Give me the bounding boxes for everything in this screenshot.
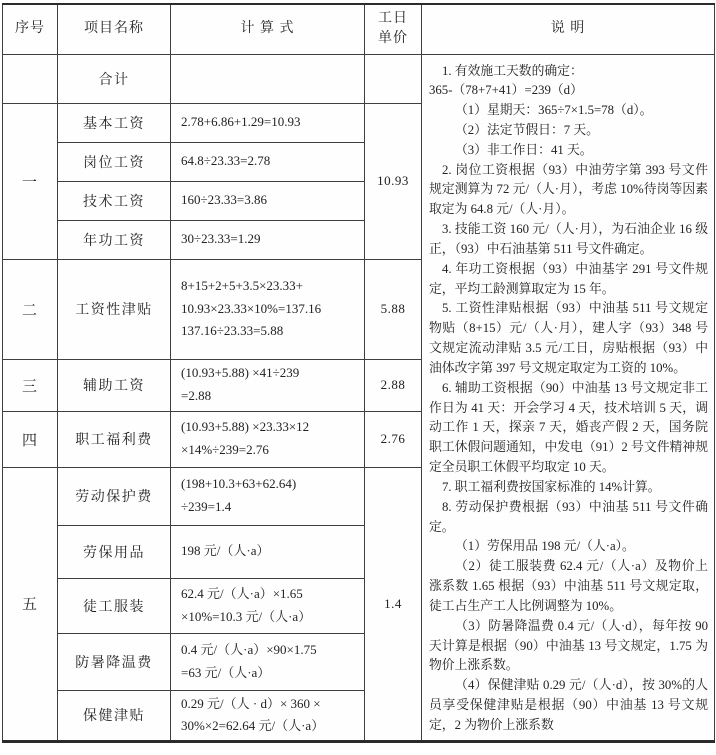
formula-cell-total [171, 54, 365, 103]
item-cell: 岗位工资 [58, 142, 171, 181]
item-cell: 劳保用品 [58, 525, 171, 578]
header-formula: 计 算 式 [171, 4, 365, 54]
unit-price-cell-4: 2.76 [365, 411, 422, 467]
formula-cell: (10.93+5.88) ×23.33×12 ×14%÷239=2.76 [171, 411, 365, 467]
item-cell: 工资性津贴 [58, 259, 171, 359]
item-cell: 职工福利费 [58, 411, 171, 467]
note-paragraph: 3. 技能工资 160 元/（人·月），为石油企业 16 级正，（93）中石油基… [429, 220, 708, 260]
note-paragraph: （3）非工作日：41 天。 [429, 141, 708, 161]
note-paragraph: 365-（78+7+41）=239（d） [429, 81, 708, 101]
formula-cell: 62.4 元/（人·a）×1.65 ×10%=10.3 元/（人·a） [171, 578, 365, 633]
formula-cell: 64.8÷23.33=2.78 [171, 142, 365, 181]
header-serial-number: 序号 [3, 4, 58, 54]
header-unit-price: 工日 单价 [365, 4, 422, 54]
table-header-row: 序号 项目名称 计 算 式 工日 单价 说 明 [3, 4, 715, 54]
item-cell: 辅助工资 [58, 359, 171, 411]
note-paragraph: （2）徒工服装费 62.4 元/（人·a）及物价上涨系数 1.65 根据（93）… [429, 557, 708, 616]
note-paragraph: 2. 岗位工资根据（93）中油劳字第 393 号文件规定测算为 72 元/（人·… [429, 161, 708, 220]
item-cell: 防暑降温费 [58, 633, 171, 690]
serial-cell-5: 五 [3, 467, 58, 742]
note-paragraph: （1）劳保用品 198 元/（人·a）。 [429, 537, 708, 557]
formula-cell: 198 元/（人·a） [171, 525, 365, 578]
note-paragraph: （3）防暑降温费 0.4 元/（人·d），每年按 90 天计算是根据（90）中油… [429, 617, 708, 676]
note-paragraph: （4）保健津贴 0.29 元/（人·d），按 30%的人员享受保健津贴是根据（9… [429, 676, 708, 735]
item-cell-total: 合计 [58, 54, 171, 103]
unit-price-cell-1: 10.93 [365, 103, 422, 259]
header-notes: 说 明 [422, 4, 715, 54]
formula-cell: (10.93+5.88) ×41÷239 =2.88 [171, 359, 365, 411]
item-cell: 技术工资 [58, 181, 171, 220]
document-page: 序号 项目名称 计 算 式 工日 单价 说 明 合计 1. 有效施工天数的确定：… [0, 0, 716, 743]
note-paragraph: 5. 工资性津贴根据（93）中油基 511 号文规定物贴（8+15）元/（人·月… [429, 299, 708, 378]
item-cell: 徒工服装 [58, 578, 171, 633]
serial-cell-2: 二 [3, 259, 58, 359]
note-paragraph: （1）星期天：365÷7×1.5=78（d）。 [429, 101, 708, 121]
formula-cell: 0.4 元/（人·a）×90×1.75 =63 元/（人·a） [171, 633, 365, 690]
item-cell: 劳动保护费 [58, 467, 171, 525]
notes-cell: 1. 有效施工天数的确定： 365-（78+7+41）=239（d） （1）星期… [422, 54, 715, 742]
formula-cell: 2.78+6.86+1.29=10.93 [171, 103, 365, 142]
unit-price-cell-3: 2.88 [365, 359, 422, 411]
unit-price-cell-2: 5.88 [365, 259, 422, 359]
note-paragraph: 7. 职工福利费按国家标准的 14%计算。 [429, 478, 708, 498]
unit-price-cell-5: 1.4 [365, 467, 422, 742]
serial-cell-1: 一 [3, 103, 58, 259]
formula-cell: 0.29 元/（人 · d）× 360 × 30%×2=62.64 元/（人·a… [171, 690, 365, 742]
serial-cell-total [3, 54, 58, 103]
formula-cell: 160÷23.33=3.86 [171, 181, 365, 220]
note-paragraph: 4. 年功工资根据（93）中油基字 291 号文件规定，平均工龄测算取定为 15… [429, 260, 708, 300]
table-row-total: 合计 1. 有效施工天数的确定： 365-（78+7+41）=239（d） （1… [3, 54, 715, 103]
formula-cell: 8+15+2+5+3.5×23.33+ 10.93×23.33×10%=137.… [171, 259, 365, 359]
header-item-name: 项目名称 [58, 4, 171, 54]
serial-cell-3: 三 [3, 359, 58, 411]
formula-cell: (198+10.3+63+62.64) ÷239=1.4 [171, 467, 365, 525]
item-cell: 基本工资 [58, 103, 171, 142]
wage-unit-price-table: 序号 项目名称 计 算 式 工日 单价 说 明 合计 1. 有效施工天数的确定：… [2, 3, 715, 743]
serial-cell-4: 四 [3, 411, 58, 467]
item-cell: 保健津贴 [58, 690, 171, 742]
note-paragraph: 8. 劳动保护费根据（93）中油基 511 号文件确定。 [429, 498, 708, 538]
note-paragraph: （2）法定节假日：7 天。 [429, 121, 708, 141]
unit-price-cell-total [365, 54, 422, 103]
note-paragraph: 6. 辅助工资根据（90）中油基 13 号文规定非工作日为 41 天：开会学习 … [429, 379, 708, 478]
item-cell: 年功工资 [58, 220, 171, 259]
formula-cell: 30÷23.33=1.29 [171, 220, 365, 259]
note-paragraph: 1. 有效施工天数的确定： [429, 62, 708, 82]
